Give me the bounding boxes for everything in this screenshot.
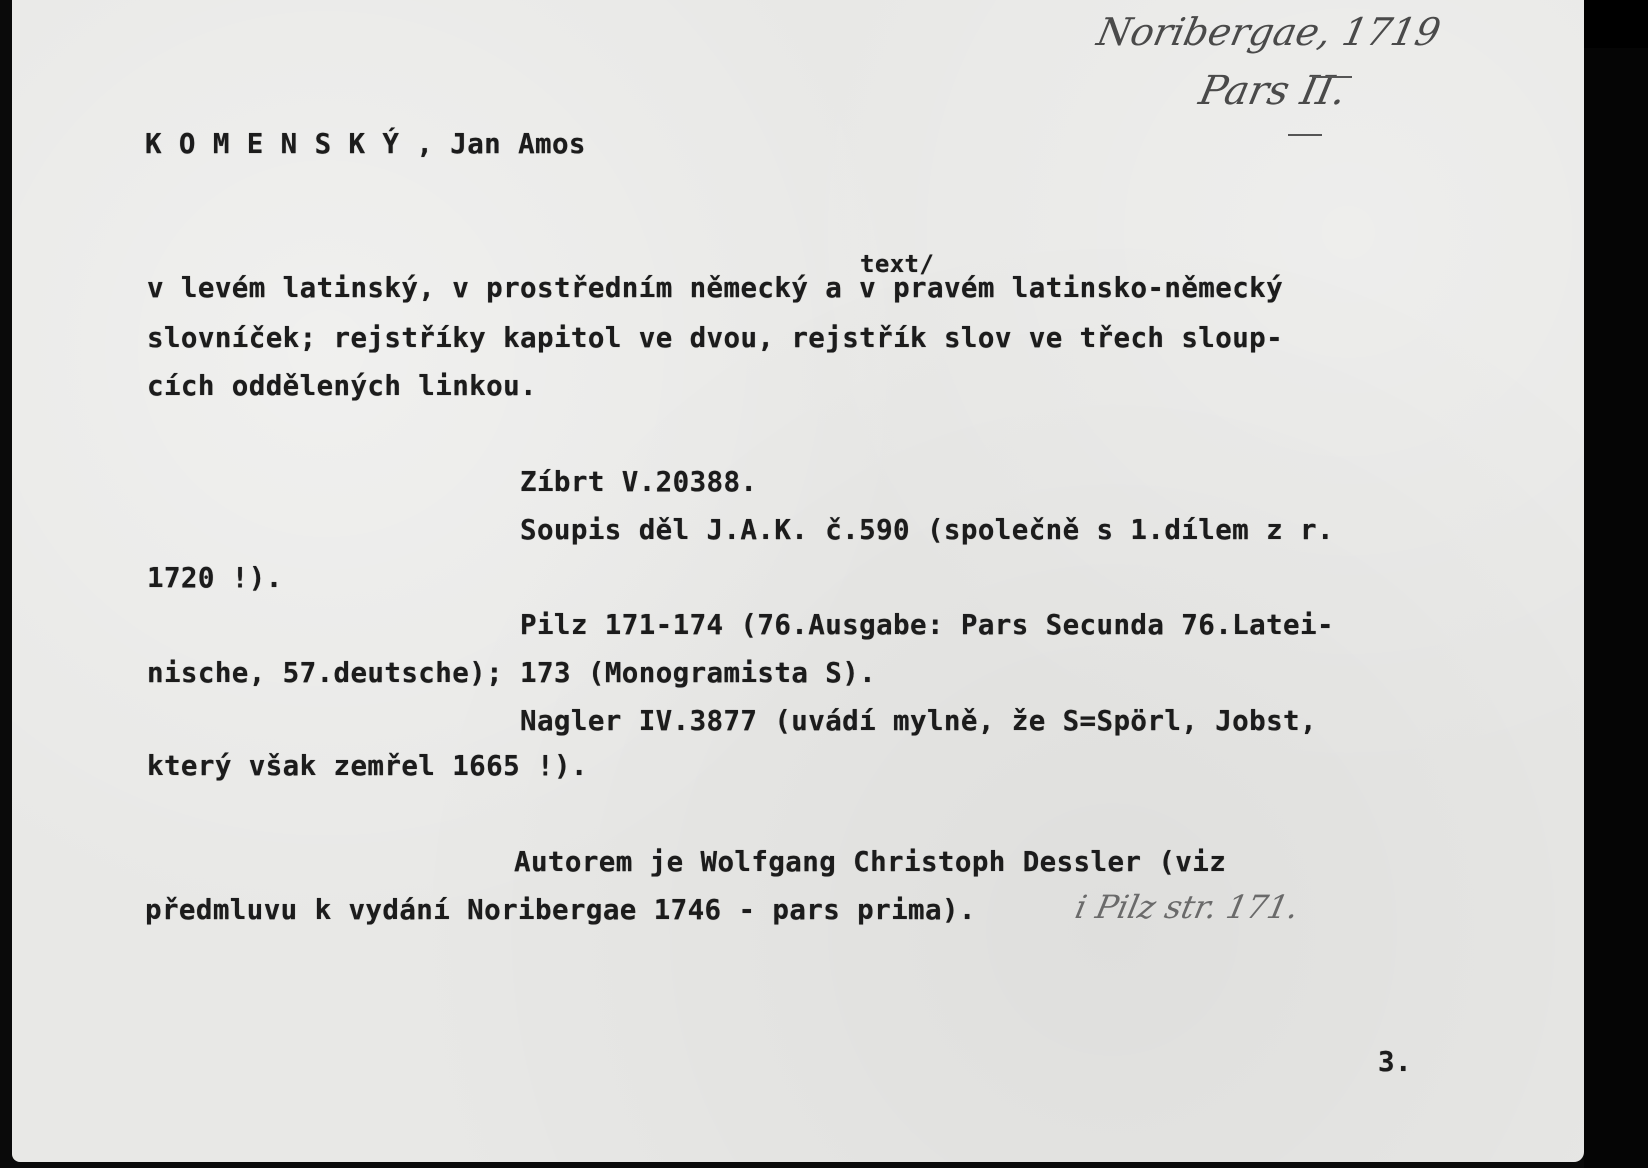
handwritten-overline <box>1312 76 1352 78</box>
reference-pilz: Pilz 171-174 (76.Ausgabe: Pars Secunda 7… <box>520 609 1334 641</box>
author-surname: K O M E N S K Ý <box>145 128 399 160</box>
author-heading: K O M E N S K Ý , Jan Amos <box>145 128 586 160</box>
reference-nagler: Nagler IV.3877 (uvádí mylně, že S=Spörl,… <box>520 705 1317 737</box>
card-number: 3. <box>1378 1046 1412 1078</box>
handwritten-pilz-note: i Pilz str. 171. <box>1072 888 1302 926</box>
handwritten-underline <box>1288 134 1322 136</box>
description-line-2: slovníček; rejstříky kapitol ve dvou, re… <box>147 322 1283 354</box>
reference-zibrt: Zíbrt V.20388. <box>520 466 757 498</box>
author-note-line-2: předmluvu k vydání Noribergae 1746 - par… <box>145 894 976 926</box>
handwritten-place-year: Noribergae, 1719 <box>1093 10 1444 54</box>
description-line-3: cích oddělených linkou. <box>147 370 537 402</box>
author-given-names: , Jan Amos <box>416 128 586 160</box>
reference-soupis: Soupis děl J.A.K. č.590 (společně s 1.dí… <box>520 514 1334 546</box>
handwritten-part: Pars II. <box>1195 68 1350 114</box>
reference-pilz-cont: nische, 57.deutsche); 173 (Monogramista … <box>147 657 876 689</box>
author-note-line-1: Autorem je Wolfgang Christoph Dessler (v… <box>514 846 1226 878</box>
scan-border-corner <box>1584 0 1648 48</box>
scan-border-right <box>1584 0 1648 1168</box>
reference-nagler-cont: který však zemřel 1665 !). <box>147 750 588 782</box>
catalog-card: Noribergae, 1719 Pars II. K O M E N S K … <box>12 0 1584 1162</box>
reference-soupis-cont: 1720 !). <box>147 562 283 594</box>
description-line-1: v levém latinský, v prostředním německý … <box>147 272 1283 304</box>
